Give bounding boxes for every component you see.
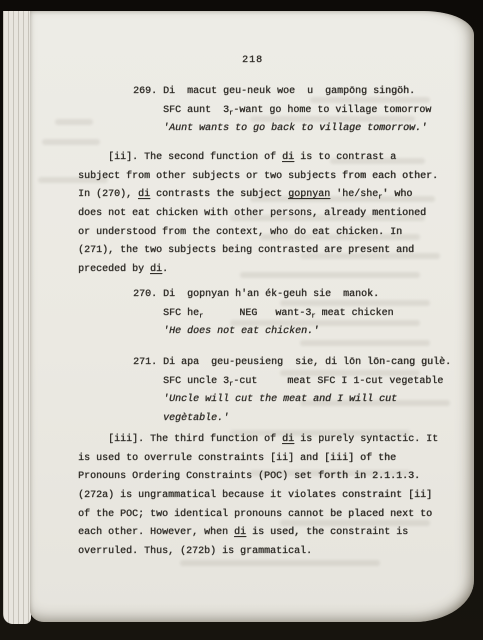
text-line: 269. Di macut geu-neuk woe u gampōng sin…: [133, 83, 431, 102]
text-line: 271. Di apa geu-peusieng sie, di lōn lōn…: [133, 354, 451, 373]
paragraph-ii: [ii]. The second function of di is to co…: [78, 149, 438, 279]
text-line: 'Aunt wants to go back to village tomorr…: [133, 120, 431, 139]
text-line: In (270), di contrasts the subject gopny…: [78, 186, 438, 205]
example-block-269: 269. Di macut geu-neuk woe u gampōng sin…: [133, 83, 431, 139]
bleedthrough-mark: [42, 139, 100, 145]
text-line: [ii]. The second function of di is to co…: [78, 149, 438, 168]
bleedthrough-mark: [55, 119, 93, 125]
example-block-271: 271. Di apa geu-peusieng sie, di lōn lōn…: [133, 354, 451, 429]
scanned-book-page: 218 269. Di macut geu-neuk woe u gampōng…: [0, 0, 483, 640]
text-line: subject from other subjects or two subje…: [78, 168, 438, 187]
text-line: (272a) is ungrammatical because it viola…: [78, 487, 438, 506]
book-page-edges: [3, 11, 31, 624]
text-line: Pronouns Ordering Constraints (POC) set …: [78, 468, 438, 487]
text-line: 270. Di gopnyan h'an ék-geuh sie manok.: [133, 286, 393, 305]
text-line: of the POC; two identical pronouns canno…: [78, 506, 438, 525]
text-line: each other. However, when di is used, th…: [78, 524, 438, 543]
text-line: does not eat chicken with other persons,…: [78, 205, 438, 224]
text-line: SFC aunt 3r-want go home to village tomo…: [133, 102, 431, 121]
text-line: vegètable.': [133, 410, 451, 429]
text-line: SFC uncle 3r-cut meat SFC I 1-cut vegeta…: [133, 373, 451, 392]
text-line: is used to overrule constraints [ii] and…: [78, 450, 438, 469]
text-line: preceded by di.: [78, 261, 438, 280]
page-number: 218: [242, 55, 263, 66]
text-line: 'Uncle will cut the meat and I will cut: [133, 391, 451, 410]
text-line: overruled. Thus, (272b) is grammatical.: [78, 543, 438, 562]
paragraph-iii: [iii]. The third function of di is purel…: [78, 431, 438, 561]
text-line: or understood from the context, who do e…: [78, 224, 438, 243]
text-line: 'He does not eat chicken.': [133, 323, 393, 342]
text-line: [iii]. The third function of di is purel…: [78, 431, 438, 450]
text-line: (271), the two subjects being contrasted…: [78, 242, 438, 261]
example-block-270: 270. Di gopnyan h'an ék-geuh sie manok. …: [133, 286, 393, 342]
text-line: SFC her NEG want-3r meat chicken: [133, 305, 393, 324]
